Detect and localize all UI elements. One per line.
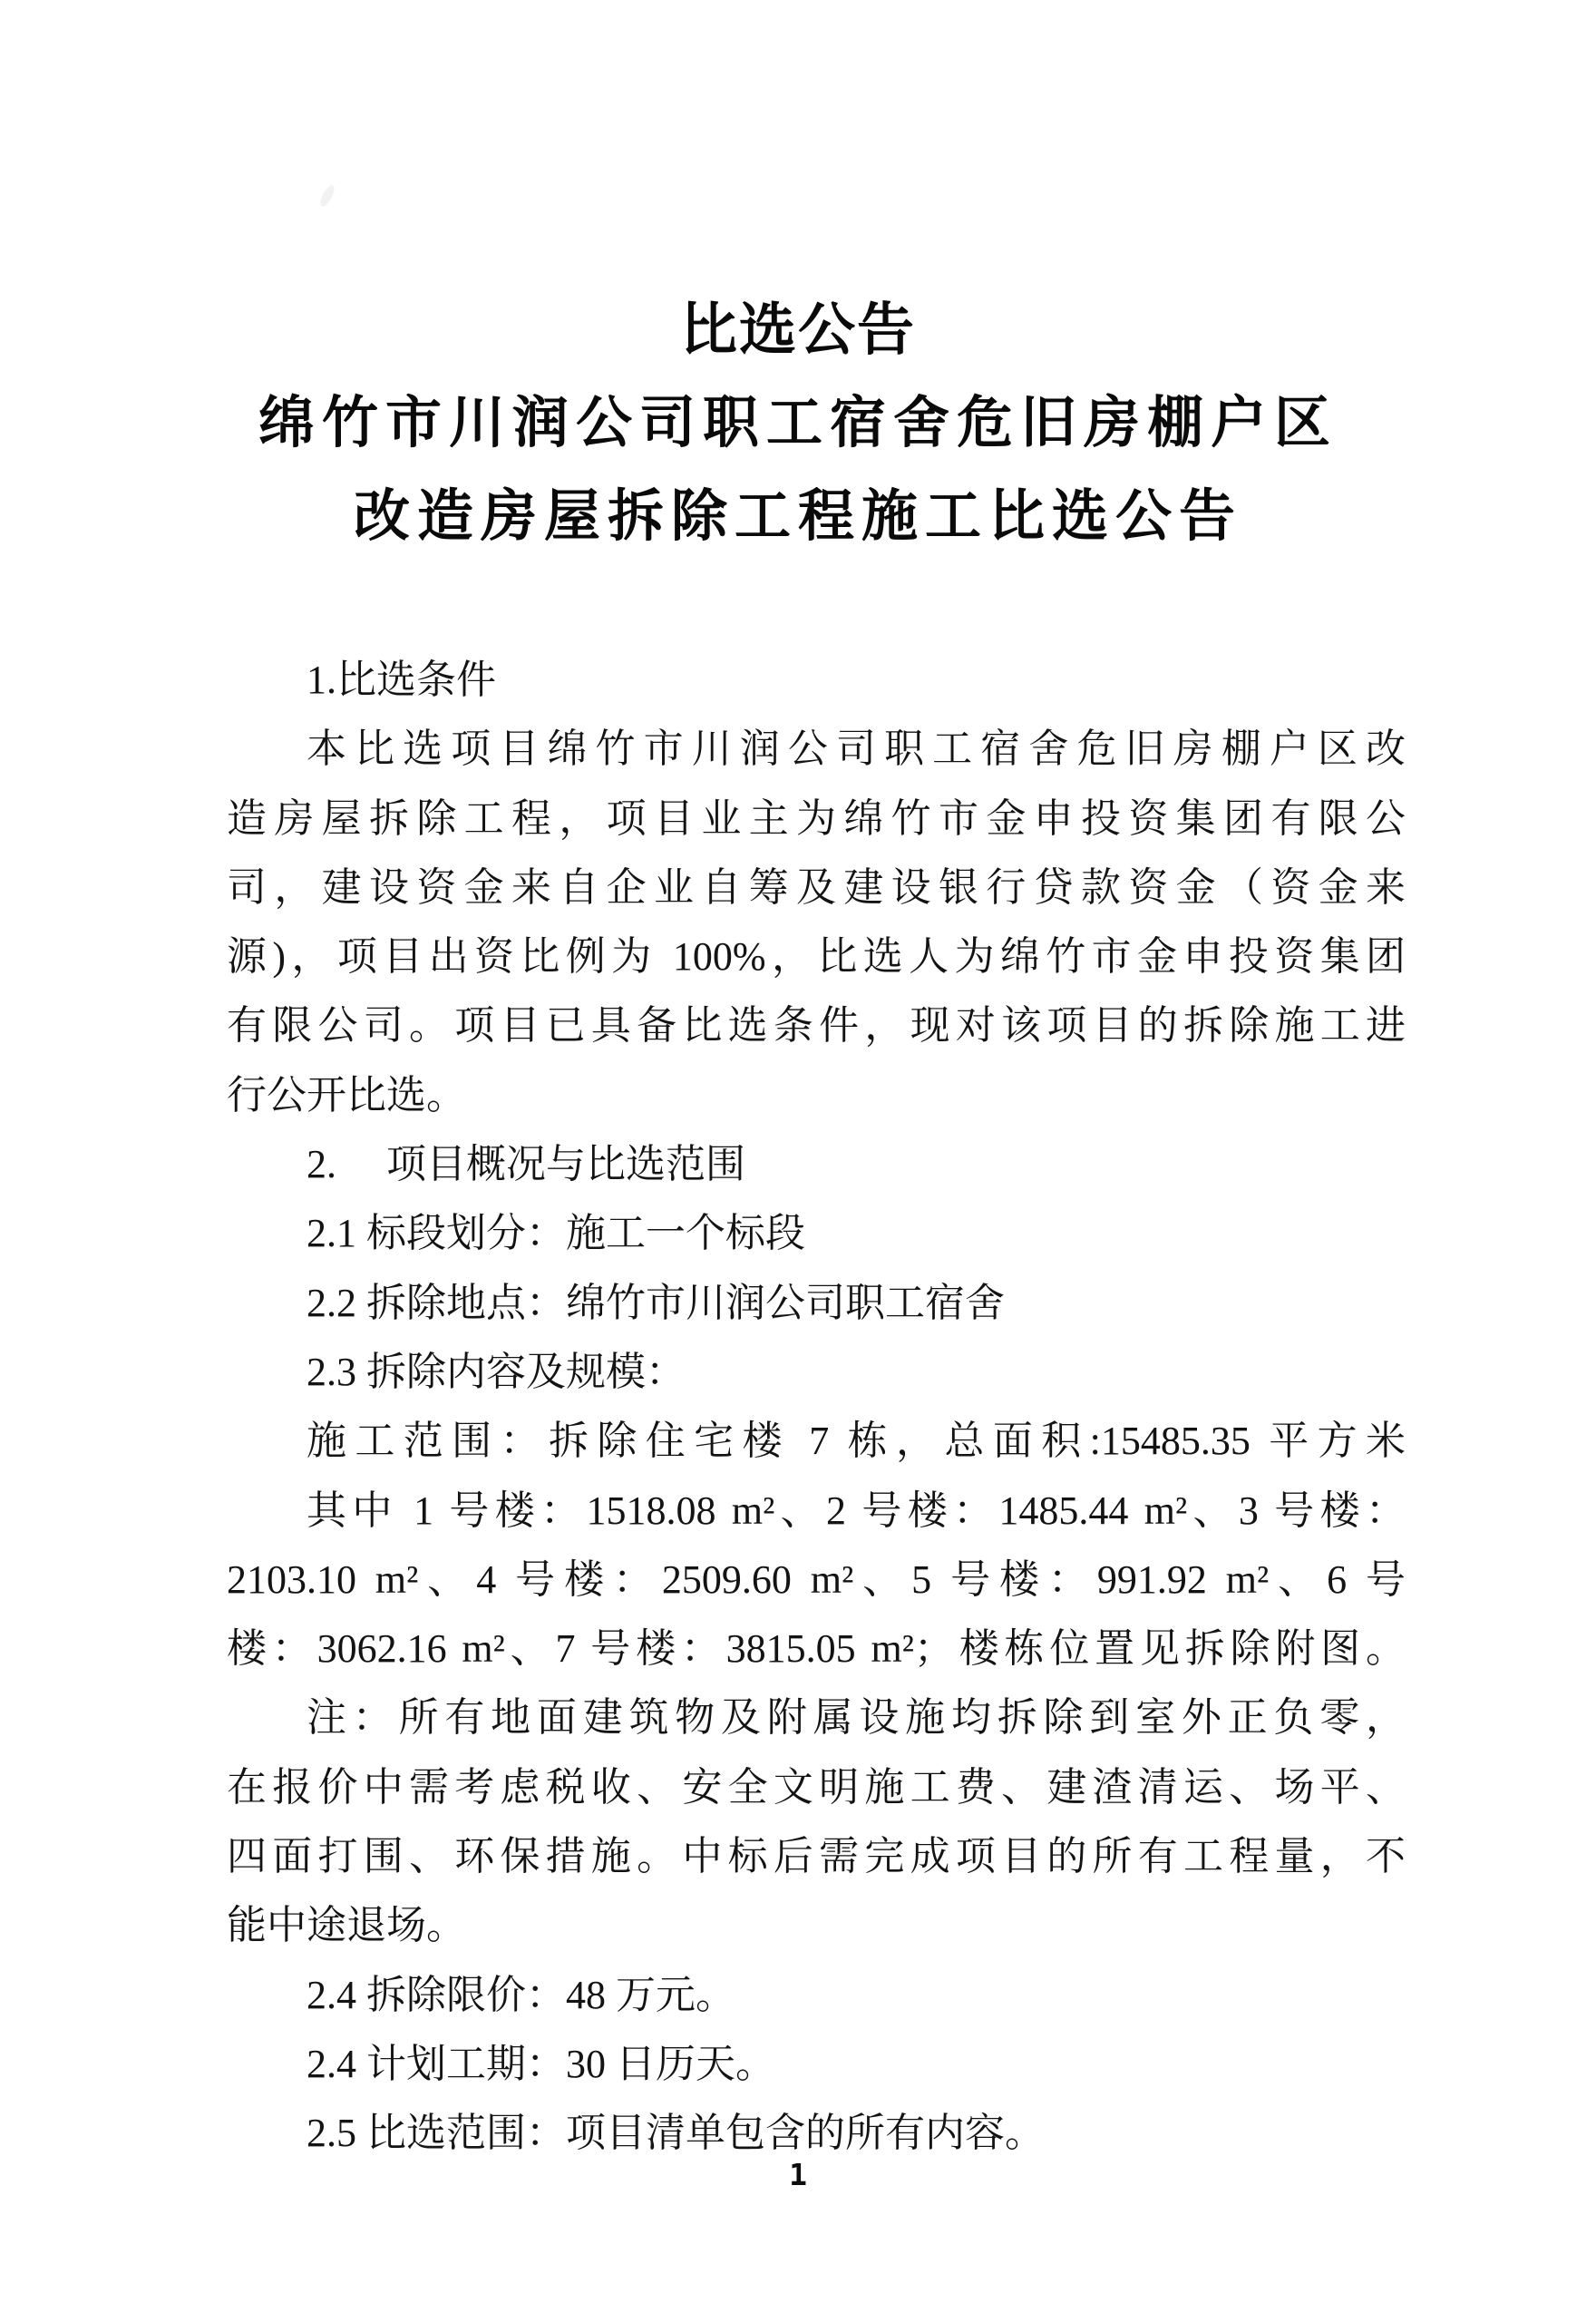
text-line: 行公开比选。 — [227, 1061, 1406, 1130]
document-subtitle-line-1: 绵竹市川润公司职工宿舍危旧房棚户区 — [0, 382, 1596, 465]
document-subtitle-line-2: 改造房屋拆除工程施工比选公告 — [0, 475, 1596, 559]
text-line: 2.1 标段划分：施工一个标段 — [227, 1199, 1406, 1268]
document-body: 1.比选条件 本比选项目绵竹市川润公司职工宿舍危旧房棚户区改 造房屋拆除工程，项… — [227, 646, 1406, 2169]
text-line: 2.4 计划工期：30 日历天。 — [227, 2030, 1406, 2099]
text-line: 四面打围、环保措施。中标后需完成项目的所有工程量，不 — [227, 1822, 1406, 1891]
text-line: 造房屋拆除工程，项目业主为绵竹市金申投资集团有限公 — [227, 785, 1406, 854]
text-line: 2.2 拆除地点：绵竹市川润公司职工宿舍 — [227, 1269, 1406, 1338]
text-line: 2.3 拆除内容及规模： — [227, 1338, 1406, 1407]
text-line: 施工范围：拆除住宅楼 7 栋，总面积:15485.35 平方米 — [227, 1407, 1406, 1476]
text-line: 注：所有地面建筑物及附属设施均拆除到室外正负零， — [227, 1683, 1406, 1752]
document-title: 比选公告 — [0, 288, 1596, 372]
text-line: 有限公司。项目已具备比选条件，现对该项目的拆除施工进 — [227, 991, 1406, 1060]
text-line: 其中 1 号楼：1518.08 m²、2 号楼：1485.44 m²、3 号楼： — [227, 1477, 1406, 1546]
text-line: 2. 项目概况与比选范围 — [227, 1130, 1406, 1199]
text-line: 司，建设资金来自企业自筹及建设银行贷款资金（资金来 — [227, 854, 1406, 922]
text-line: 2103.10 m²、4 号楼：2509.60 m²、5 号楼：991.92 m… — [227, 1546, 1406, 1615]
text-line: 源)，项目出资比例为 100%，比选人为绵竹市金申投资集团 — [227, 922, 1406, 991]
text-line: 1.比选条件 — [227, 646, 1406, 715]
text-line: 本比选项目绵竹市川润公司职工宿舍危旧房棚户区改 — [227, 715, 1406, 784]
text-line: 2.4 拆除限价：48 万元。 — [227, 1961, 1406, 2030]
text-line: 楼：3062.16 m²、7 号楼：3815.05 m²；楼栋位置见拆除附图。 — [227, 1615, 1406, 1683]
document-page: 比选公告 绵竹市川润公司职工宿舍危旧房棚户区 改造房屋拆除工程施工比选公告 1.… — [0, 0, 1596, 2322]
page-number: 1 — [0, 2155, 1596, 2195]
scan-smudge-artifact — [317, 183, 336, 209]
text-line: 能中途退场。 — [227, 1891, 1406, 1960]
text-line: 在报价中需考虑税收、安全文明施工费、建渣清运、场平、 — [227, 1753, 1406, 1822]
